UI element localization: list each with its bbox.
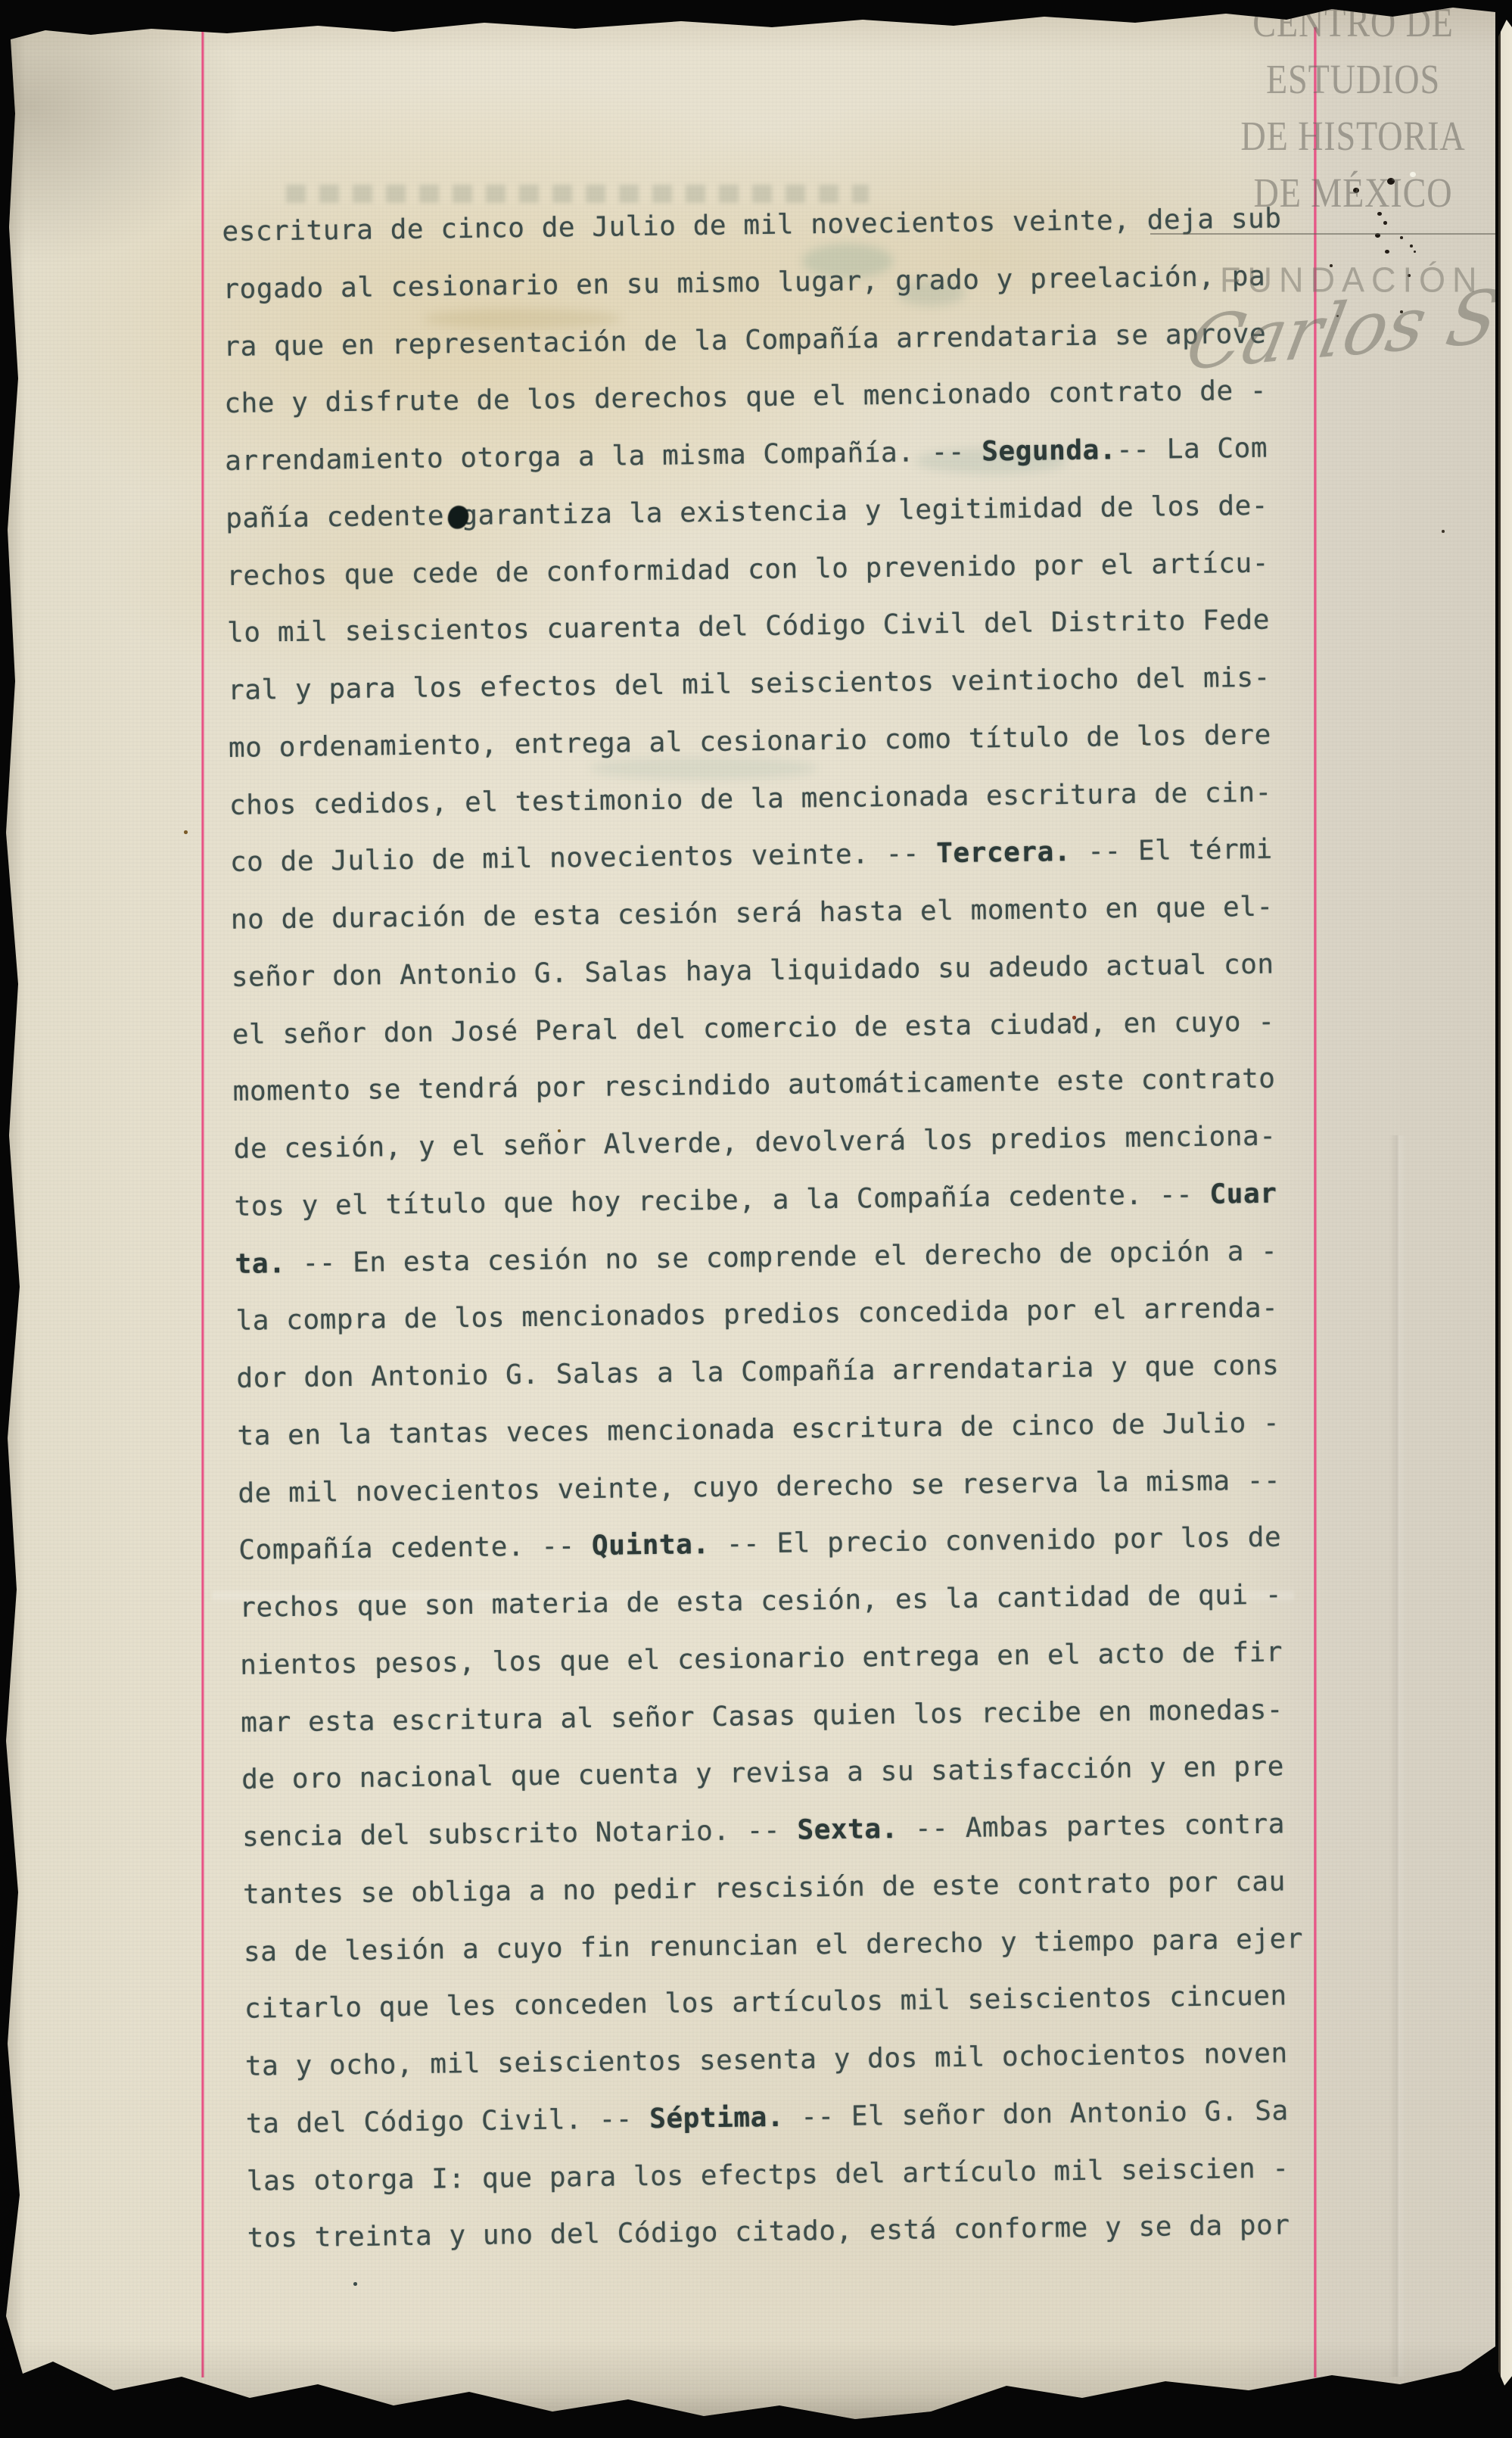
document-line-23: de mil novecientos veinte, cuyo derecho … <box>238 1451 1343 1522</box>
document-line-22: ta en la tantas veces mencionada escritu… <box>237 1393 1342 1465</box>
ink-speck <box>1400 236 1403 239</box>
document-line-1: escritura de cinco de Julio de mil novec… <box>222 190 1327 261</box>
ink-speck <box>1353 188 1359 193</box>
scanned-document: escritura de cinco de Julio de mil novec… <box>0 0 1512 2438</box>
document-line-36: tos treinta y uno del Código citado, est… <box>247 2197 1352 2268</box>
ink-speck <box>1072 1016 1076 1020</box>
ink-speck <box>1410 172 1416 177</box>
ink-speck <box>1410 244 1413 248</box>
document-line-34: ta del Código Civil. -- Séptima. -- El s… <box>245 2081 1351 2153</box>
ink-speck <box>1442 530 1445 533</box>
document-line-32: citarlo que les conceden los artículos m… <box>244 1967 1350 2038</box>
ghost-ink-marks <box>286 185 869 203</box>
document-line-4: che y disfrute de los derechos que el me… <box>224 362 1330 433</box>
document-line-24: Compañía cedente. -- Quinta. -- El preci… <box>238 1509 1344 1580</box>
watermark-underline <box>1150 233 1512 235</box>
ink-speck <box>558 1129 561 1132</box>
document-line-11: chos cedidos, el testimonio de la mencio… <box>229 763 1335 834</box>
ink-speck <box>184 830 188 834</box>
typewritten-text-block: escritura de cinco de Julio de mil novec… <box>222 190 1352 2268</box>
document-line-10: mo ordenamiento, entrega al cesionario c… <box>229 705 1334 777</box>
document-line-7: rechos que cede de conformidad con lo pr… <box>226 534 1332 605</box>
ink-speck <box>1408 274 1411 277</box>
left-margin-rule <box>201 27 204 2377</box>
ink-speck <box>1375 233 1380 238</box>
ink-speck <box>1330 264 1333 267</box>
document-line-3: ra que en representación de la Compañía … <box>223 304 1329 375</box>
document-line-35: las otorga I: que para los efectps del a… <box>246 2139 1352 2210</box>
ink-smudge <box>802 244 893 279</box>
document-line-21: dor don Antonio G. Salas a la Compañía a… <box>236 1337 1342 1408</box>
watermark-line: ESTUDIOS <box>1223 51 1483 107</box>
document-line-27: mar esta escritura al señor Casas quien … <box>241 1680 1346 1751</box>
right-margin-rule <box>1314 27 1317 2377</box>
ink-speck <box>353 2282 357 2286</box>
ink-speck <box>1414 251 1416 253</box>
ink-smudge <box>916 448 1067 474</box>
document-line-28: de oro nacional que cuenta y revisa a su… <box>241 1738 1347 1809</box>
document-line-20: la compra de los mencionados predios con… <box>235 1279 1341 1350</box>
document-line-13: no de duración de esta cesión será hasta… <box>230 878 1336 949</box>
document-line-16: momento se tendrá por rescindido automát… <box>232 1050 1338 1121</box>
document-line-5: arrendamiento otorga a la misma Compañía… <box>225 419 1330 490</box>
document-line-6: pañía cedente garantiza la existencia y … <box>226 476 1331 547</box>
ink-speck <box>1336 315 1339 317</box>
ink-smudge <box>897 280 965 306</box>
document-line-25: rechos que son materia de esta cesión, e… <box>239 1566 1345 1637</box>
watermark-signature: Carlos Slim <box>1180 258 1512 387</box>
ink-speck <box>1387 178 1395 185</box>
paper-fold <box>1389 1135 1406 2377</box>
document-line-29: sencia del subscrito Notario. -- Sexta. … <box>242 1795 1348 1866</box>
paper-crease <box>212 1588 1294 1603</box>
document-line-19: ta. -- En esta cesión no se comprende el… <box>235 1222 1340 1293</box>
ink-speck <box>1383 221 1387 225</box>
document-line-2: rogado al cesionario en su mismo lugar, … <box>222 247 1328 318</box>
ink-speck <box>1143 742 1146 745</box>
paper-sheet: escritura de cinco de Julio de mil novec… <box>0 0 1512 2438</box>
document-line-26: nientos pesos, los que el cesionario ent… <box>240 1623 1346 1694</box>
ink-speck <box>1385 250 1389 254</box>
document-line-12: co de Julio de mil novecientos veinte. -… <box>229 820 1335 892</box>
watermark-foundation: FUNDACIÓN <box>1220 260 1512 300</box>
ink-smudge <box>590 757 817 780</box>
document-line-14: señor don Antonio G. Salas haya liquidad… <box>231 935 1336 1006</box>
ink-speck <box>1400 310 1403 313</box>
ink-speck <box>1377 212 1382 216</box>
document-line-31: sa de lesión a cuyo fin renuncian el der… <box>244 1910 1349 1981</box>
ink-smudge <box>424 309 621 328</box>
document-line-30: tantes se obliga a no pedir rescisión de… <box>243 1852 1349 1923</box>
document-line-15: el señor don José Peral del comercio de … <box>232 992 1337 1063</box>
document-line-17: de cesión, y el señor Alverde, devolverá… <box>233 1107 1339 1179</box>
ink-blot <box>446 504 471 531</box>
document-line-8: lo mil seiscientos cuarenta del Código C… <box>227 591 1333 662</box>
document-line-18: tos y el título que hoy recibe, a la Com… <box>234 1164 1339 1235</box>
watermark-line: DE HISTORIA <box>1223 107 1483 164</box>
watermark-line: CENTRO DE <box>1223 0 1483 51</box>
adjacent-page-edge <box>1498 14 1512 2390</box>
watermark-line: DE MÉXICO <box>1223 164 1483 221</box>
document-line-9: ral y para los efectos del mil seiscient… <box>228 649 1333 720</box>
watermark-institution: CENTRO DE ESTUDIOS DE HISTORIA DE MÉXICO <box>1223 0 1483 221</box>
document-line-33: ta y ocho, mil seiscientos sesenta y dos… <box>244 2024 1350 2095</box>
